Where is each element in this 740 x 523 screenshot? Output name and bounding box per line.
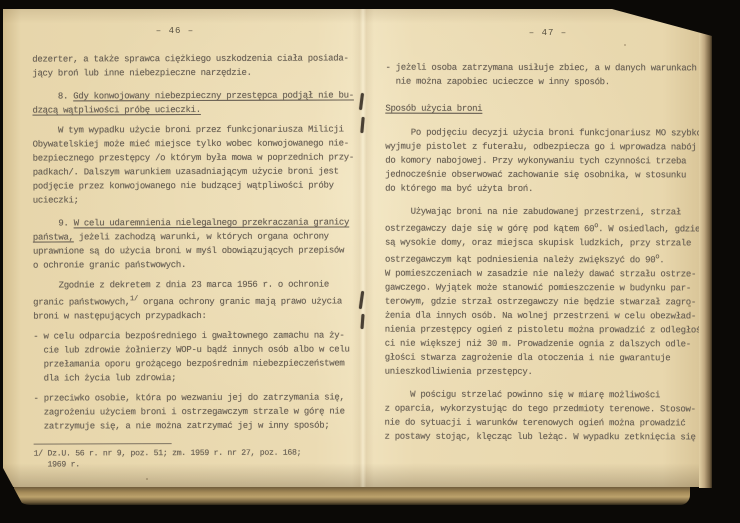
text-line: z postawy stojąc, klęcząc lub leżąc. W w… — [384, 430, 708, 445]
text-segment: W pościgu strzelać powinno się w miarę m… — [385, 390, 660, 401]
text-segment: Zgodnie z dekretem z dnia 23 marca 1956 … — [33, 280, 329, 291]
text-line: nienia przestępcy ogień z pistoletu możn… — [385, 323, 709, 338]
text-line: padkach/. Dalszym warunkiem uzasadniając… — [33, 164, 359, 179]
text-line: zagrożeniu użyciem broni i ostrzegawczym… — [34, 404, 360, 419]
text-line: do komory nabojowej. Przy wykonywaniu ty… — [385, 154, 709, 169]
text-segment: organa ochrony granic mają prawo użycia — [138, 296, 342, 307]
scan-background — [0, 0, 3, 523]
text-segment: z oparcia, wykorzystując do tego przedmi… — [385, 404, 696, 415]
text-segment: gawczego. Wyjątek może stanowić pomieszc… — [385, 283, 691, 294]
text-line: granic państwowych,1/ organa ochrony gra… — [33, 291, 359, 309]
text-segment: W tym wypadku użycie broni przez funkcjo… — [33, 124, 344, 135]
text-segment: 9. — [33, 218, 74, 228]
heading-paragraph: 9. W celu udaremnienia nielegalnego prze… — [33, 215, 359, 272]
text-segment: jeżeli zachodzą warunki, w których organ… — [74, 232, 329, 243]
text-line: zatrzymuje się, a nie można zatrzymać je… — [34, 418, 360, 433]
paragraph: W tym wypadku użycie broni przez funkcjo… — [33, 122, 359, 207]
text-segment: 8. — [32, 91, 73, 101]
text-segment: . — [659, 255, 664, 265]
text-segment: . W osiedlach, gdzie — [598, 224, 700, 234]
text-line: cie lub zdrowie żołnierzy WOP-u bądź inn… — [33, 342, 359, 357]
text-line: żenia dla innych osób. Na wolnej przestr… — [385, 309, 709, 324]
text-line: W tym wypadku użycie broni przez funkcjo… — [33, 122, 359, 137]
text-line: W pościgu strzelać powinno się w miarę m… — [385, 388, 709, 403]
text-line: są wysokie domy, oraz miejsca skupisk lu… — [385, 236, 709, 251]
text-segment: jący broń lub inne niebezpieczne narzędz… — [32, 68, 251, 79]
text-segment: Używając broni na nie zabudowanej przest… — [385, 207, 681, 218]
scan-background — [712, 0, 740, 523]
text-line: dla ich życia lub zdrowia; — [33, 370, 359, 385]
text-segment: uprawnione są do użycia broni w myśl obo… — [33, 245, 344, 256]
text-line: do którego ma być użyta broń. — [385, 182, 709, 197]
text-segment: ostrzegawczy daje się w górę pod kątem 6… — [385, 224, 594, 235]
text-line: - jeżeli osoba zatrzymana usiłuje zbiec,… — [385, 61, 709, 76]
text-segment: są wysokie domy, oraz miejsca skupisk lu… — [385, 238, 691, 249]
text-segment: nie do sytuacji i warunków terenowych og… — [385, 418, 686, 429]
page-right-text: - jeżeli osoba zatrzymana usiłuje zbiec,… — [384, 52, 709, 445]
text-segment: zatrzymuje się, a nie można zatrzymać je… — [34, 421, 330, 432]
footnote: 1/ Dz.U. 56 r. nr 9, poz. 51; zm. 1959 r… — [34, 442, 360, 470]
scan-background — [0, 505, 740, 523]
text-segment: dla ich życia lub zdrowia; — [33, 373, 176, 383]
text-segment: nienia przestępcy ogień z pistoletu możn… — [385, 325, 706, 336]
text-line: przełamania oporu grożącego bezpośrednim… — [33, 356, 359, 371]
text-segment: ci nie większej niż 30 m. Prowadzenie og… — [385, 339, 691, 350]
text-line: państwa, jeżeli zachodzą warunki, w któr… — [33, 229, 359, 244]
text-segment: W pomieszczeniach w zasadzie nie należy … — [385, 269, 696, 280]
text-segment: granic państwowych, — [33, 297, 130, 307]
text-segment: terowym, gdzie strzał ostrzegawczy nie b… — [385, 297, 696, 308]
text-line: o ochronie granic państwowych. — [33, 257, 359, 272]
underlined-text: W celu udaremnienia nielegalnego przekra… — [74, 217, 349, 228]
text-segment: Po podjęciu decyzji użycia broni funkcjo… — [385, 128, 701, 139]
text-segment: przełamania oporu grożącego bezpośrednim… — [33, 358, 344, 369]
text-segment: unieszkodliwienia przestępcy. — [385, 367, 533, 377]
page-left-text: dezerter, a także sprawca ciężkiego uszk… — [32, 51, 359, 470]
text-segment: broni w następujących przypadkach: — [33, 311, 206, 322]
paragraph: Zgodnie z dekretem z dnia 23 marca 1956 … — [33, 277, 359, 323]
text-line: Zgodnie z dekretem z dnia 23 marca 1956 … — [33, 277, 359, 292]
text-line: unieszkodliwienia przestępcy. — [385, 365, 709, 380]
heading-paragraph: Sposób użycia broni — [385, 102, 709, 117]
text-segment: żenia dla innych osób. Na wolnej przestr… — [385, 311, 696, 322]
text-line: broni w następujących przypadkach: — [33, 308, 359, 323]
text-segment: z postawy stojąc, klęcząc lub leżąc. W w… — [384, 432, 695, 443]
scan-speck — [688, 305, 691, 307]
paragraph: dezerter, a także sprawca ciężkiego uszk… — [32, 51, 358, 80]
page-right-fore-edge — [699, 11, 713, 488]
text-line: bezpiecznego przestępcy /o którym była m… — [33, 150, 359, 165]
text-line: nie można zapobiec ucieczce w inny sposó… — [385, 75, 709, 90]
text-line: Po podjęciu decyzji użycia broni funkcjo… — [385, 126, 709, 141]
text-line: gawczego. Wyjątek może stanowić pomieszc… — [385, 281, 709, 296]
text-segment: nie można zapobiec ucieczce w inny sposó… — [385, 77, 609, 88]
paragraph: - przeciwko osobie, która po wezwaniu je… — [33, 390, 359, 433]
underlined-text: państwa, — [33, 232, 74, 242]
text-line: dezerter, a także sprawca ciężkiego uszk… — [32, 51, 358, 66]
text-line: ucieczki; — [33, 192, 359, 207]
text-line: ci nie większej niż 30 m. Prowadzenie og… — [385, 337, 709, 352]
text-segment: - w celu odparcia bezpośredniego i gwałt… — [33, 330, 344, 341]
scan-background — [0, 0, 740, 9]
footnote-rule — [34, 443, 172, 444]
text-segment: cie lub zdrowie żołnierzy WOP-u bądź inn… — [33, 344, 349, 355]
heading-paragraph: 8. Gdy konwojowany niebezpieczny przestę… — [32, 88, 358, 117]
page-number-left: – 46 – — [140, 26, 210, 36]
scan-speck — [624, 44, 626, 46]
underlined-text: Gdy konwojowany niebezpieczny przestępca… — [73, 90, 354, 101]
paragraph: Używając broni na nie zabudowanej przest… — [385, 205, 709, 380]
text-segment: do komory nabojowej. Przy wykonywaniu ty… — [385, 156, 686, 167]
text-line: ostrzegawczym kąt podniesienia należy zw… — [385, 250, 709, 268]
text-segment: podjęcie przez konwojowanego nie budzące… — [33, 181, 334, 192]
text-line: 9. W celu udaremnienia nielegalnego prze… — [33, 215, 359, 230]
text-line: - w celu odparcia bezpośredniego i gwałt… — [33, 328, 359, 343]
text-line: W pomieszczeniach w zasadzie nie należy … — [385, 267, 709, 282]
text-segment: jednocześnie obserwować zachowanie się o… — [385, 170, 686, 181]
page-number-right: – 47 – — [513, 28, 583, 38]
text-segment: Obywatelskiej może mieć miejsce tylko wo… — [33, 138, 349, 149]
underlined-text: Sposób użycia broni — [385, 104, 482, 114]
paragraph: - jeżeli osoba zatrzymana usiłuje zbiec,… — [385, 61, 709, 90]
text-line: jednocześnie obserwować zachowanie się o… — [385, 168, 709, 183]
text-segment: 1/ — [130, 295, 138, 303]
text-line: z oparcia, wykorzystując do tego przedmi… — [385, 402, 709, 417]
text-segment: - jeżeli osoba zatrzymana usiłuje zbiec,… — [385, 63, 696, 74]
text-line: uprawnione są do użycia broni w myśl obo… — [33, 243, 359, 258]
text-segment: wyjmuje pistolet z futerału, odbezpiecza… — [385, 142, 696, 153]
text-line: 8. Gdy konwojowany niebezpieczny przestę… — [32, 88, 358, 103]
text-segment: bezpiecznego przestępcy /o którym była m… — [33, 152, 354, 163]
underlined-text: dzącą wątpliwości próbę ucieczki. — [32, 105, 200, 116]
text-line: dzącą wątpliwości próbę ucieczki. — [32, 102, 358, 117]
text-line: Używając broni na nie zabudowanej przest… — [385, 205, 709, 220]
text-segment: ostrzegawczym kąt podniesienia należy zw… — [385, 255, 655, 266]
text-line: Sposób użycia broni — [385, 102, 709, 117]
text-segment: ucieczki; — [33, 195, 79, 205]
paragraph: - w celu odparcia bezpośredniego i gwałt… — [33, 328, 359, 385]
text-line: nie do sytuacji i warunków terenowych og… — [385, 416, 709, 431]
text-segment: - przeciwko osobie, która po wezwaniu je… — [33, 392, 344, 403]
text-segment: zagrożeniu użyciem broni i ostrzegawczym… — [34, 406, 345, 417]
text-segment: dezerter, a także sprawca ciężkiego uszk… — [32, 53, 348, 64]
text-line: głości stwarza zagrożenie dla otoczenia … — [385, 351, 709, 366]
page-stack-edge — [14, 487, 690, 505]
text-line: jący broń lub inne niebezpieczne narzędz… — [32, 65, 358, 80]
paragraph: W pościgu strzelać powinno się w miarę m… — [384, 388, 708, 445]
text-segment: o ochronie granic państwowych. — [33, 260, 186, 271]
text-line: - przeciwko osobie, która po wezwaniu je… — [33, 390, 359, 405]
text-segment: głości stwarza zagrożenie dla otoczenia … — [385, 353, 671, 364]
paragraph: Po podjęciu decyzji użycia broni funkcjo… — [385, 126, 709, 197]
text-line: ostrzegawczy daje się w górę pod kątem 6… — [385, 219, 709, 237]
scan-speck — [146, 478, 148, 480]
text-line: terowym, gdzie strzał ostrzegawczy nie b… — [385, 295, 709, 310]
text-line: wyjmuje pistolet z futerału, odbezpiecza… — [385, 140, 709, 155]
text-line: podjęcie przez konwojowanego nie budzące… — [33, 178, 359, 193]
text-segment: padkach/. Dalszym warunkiem uzasadniając… — [33, 167, 339, 178]
footnote-line: 1969 r. — [34, 458, 360, 470]
text-segment: do którego ma być użyta broń. — [385, 184, 533, 194]
text-line: Obywatelskiej może mieć miejsce tylko wo… — [33, 136, 359, 151]
